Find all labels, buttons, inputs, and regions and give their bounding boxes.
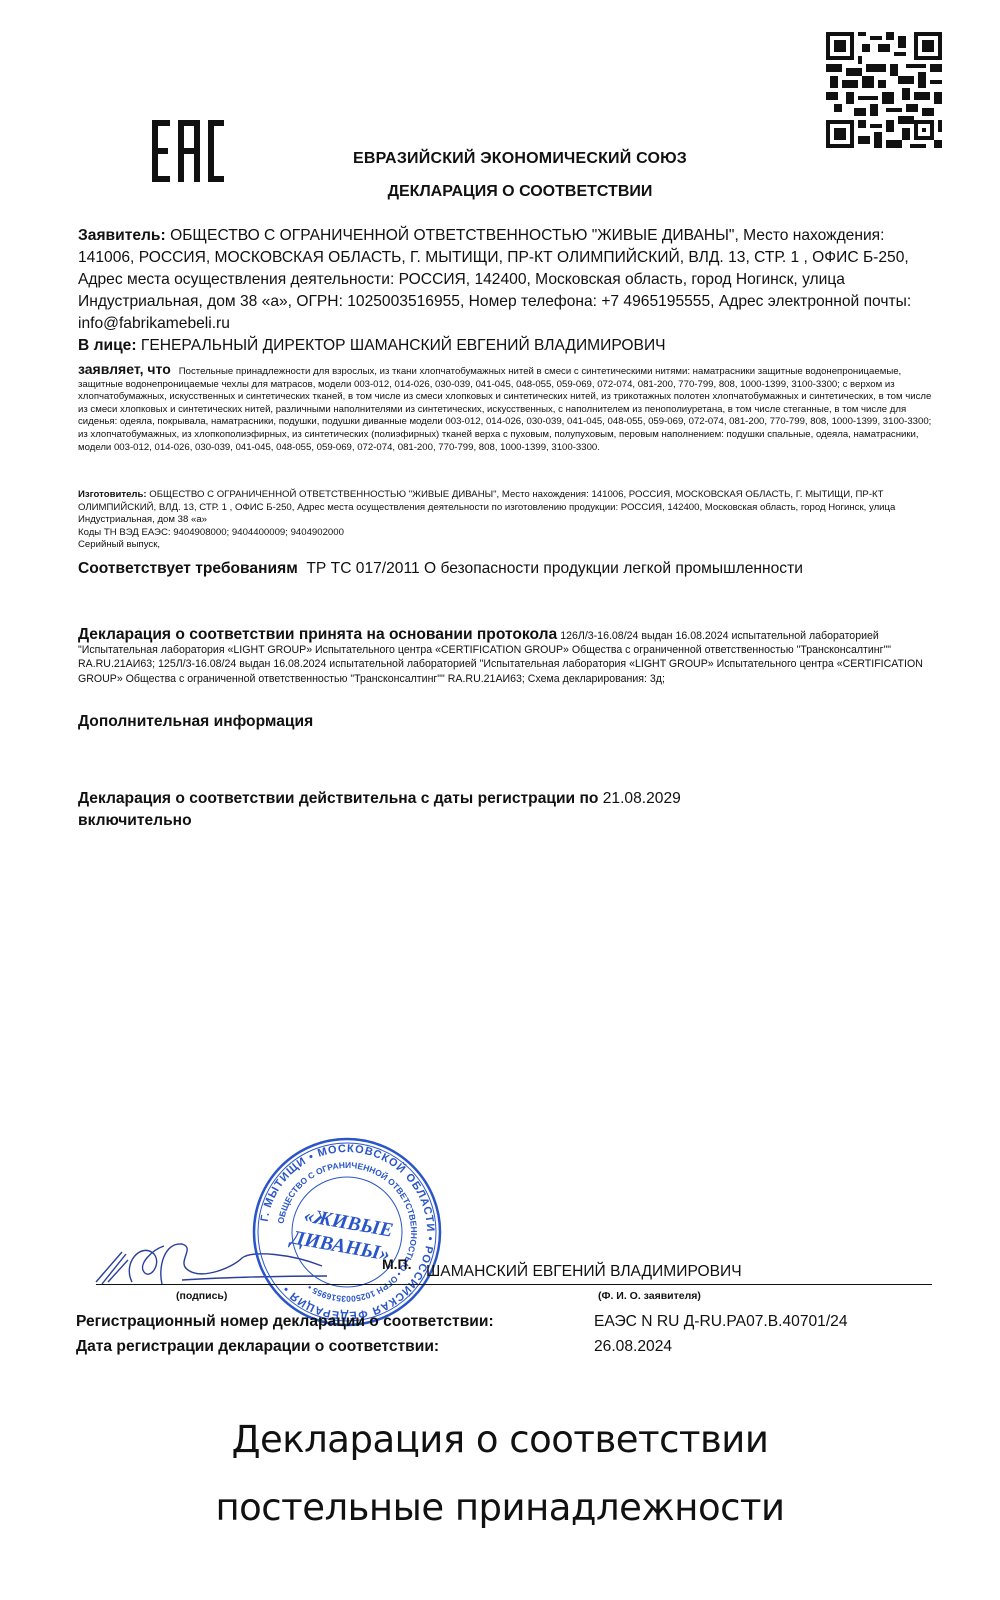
claims-label: заявляет, что: [78, 361, 171, 377]
signature-line: [96, 1284, 434, 1285]
applicant-text: ОБЩЕСТВО С ОГРАНИЧЕННОЙ ОТВЕТСТВЕННОСТЬЮ…: [78, 227, 911, 332]
name-caption: (Ф. И. О. заявителя): [598, 1290, 701, 1302]
caption-subtitle: постельные принадлежности: [0, 1486, 1000, 1529]
validity-date: 21.08.2029: [603, 790, 681, 807]
union-heading: ЕВРАЗИЙСКИЙ ЭКОНОМИЧЕСКИЙ СОЮЗ: [0, 150, 1000, 168]
caption-title: Декларация о соответствии: [0, 1418, 1000, 1461]
applicant-label: Заявитель:: [78, 227, 166, 244]
additional-info-label: Дополнительная информация: [78, 713, 313, 731]
conformity-section: Соответствует требованиям ТР ТС 017/2011…: [78, 558, 838, 580]
seal-place-label: М.П.: [382, 1256, 412, 1272]
registration-number-label: Регистрационный номер декларации о соотв…: [76, 1313, 494, 1331]
registration-number-value: ЕАЭС N RU Д-RU.РА07.В.40701/24: [594, 1313, 848, 1331]
name-line: [420, 1284, 932, 1285]
representative-text: ГЕНЕРАЛЬНЫЙ ДИРЕКТОР ШАМАНСКИЙ ЕВГЕНИЙ В…: [141, 337, 666, 354]
product-claims: заявляет, чтоПостельные принадлежности д…: [78, 363, 938, 454]
validity-section: Декларация о соответствии действительна …: [78, 788, 838, 832]
signer-name: ШАМАНСКИЙ ЕВГЕНИЙ ВЛАДИМИРОВИЧ: [426, 1263, 742, 1281]
registration-date-value: 26.08.2024: [594, 1338, 672, 1356]
manufacturer-label: Изготовитель:: [78, 489, 147, 500]
registration-date-label: Дата регистрации декларации о соответств…: [76, 1338, 439, 1356]
protocol-head: 126Л/3-16.08/24 выдан 16.08.2024: [560, 630, 728, 642]
company-stamp-icon: Г. МЫТИЩИ • МОСКОВСКОЙ ОБЛАСТИ • РОССИЙС…: [250, 1135, 444, 1329]
qr-code-icon[interactable]: [826, 32, 942, 148]
claims-text: Постельные принадлежности для взрослых, …: [78, 366, 931, 453]
conformity-text: ТР ТС 017/2011 О безопасности продукции …: [306, 560, 803, 577]
applicant-section: Заявитель: ОБЩЕСТВО С ОГРАНИЧЕННОЙ ОТВЕТ…: [78, 225, 928, 357]
serial-release: Серийный выпуск,: [78, 539, 938, 552]
tn-ved-codes: Коды ТН ВЭД ЕАЭС: 9404908000; 9404400009…: [78, 527, 938, 540]
manufacturer-text: ОБЩЕСТВО С ОГРАНИЧЕННОЙ ОТВЕТСТВЕННОСТЬЮ…: [78, 489, 895, 525]
document-title: ДЕКЛАРАЦИЯ О СООТВЕТСТВИИ: [0, 183, 1000, 201]
signature-caption: (подпись): [176, 1290, 227, 1302]
conformity-label: Соответствует требованиям: [78, 560, 298, 577]
validity-label: Декларация о соответствии действительна …: [78, 790, 598, 807]
representative-label: В лице:: [78, 337, 137, 354]
protocol-label: Декларация о соответствии принята на осн…: [78, 626, 557, 643]
validity-suffix: включительно: [78, 812, 192, 829]
manufacturer-section: Изготовитель: ОБЩЕСТВО С ОГРАНИЧЕННОЙ ОТ…: [78, 489, 938, 552]
protocol-section: Декларация о соответствии принята на осн…: [78, 628, 938, 686]
